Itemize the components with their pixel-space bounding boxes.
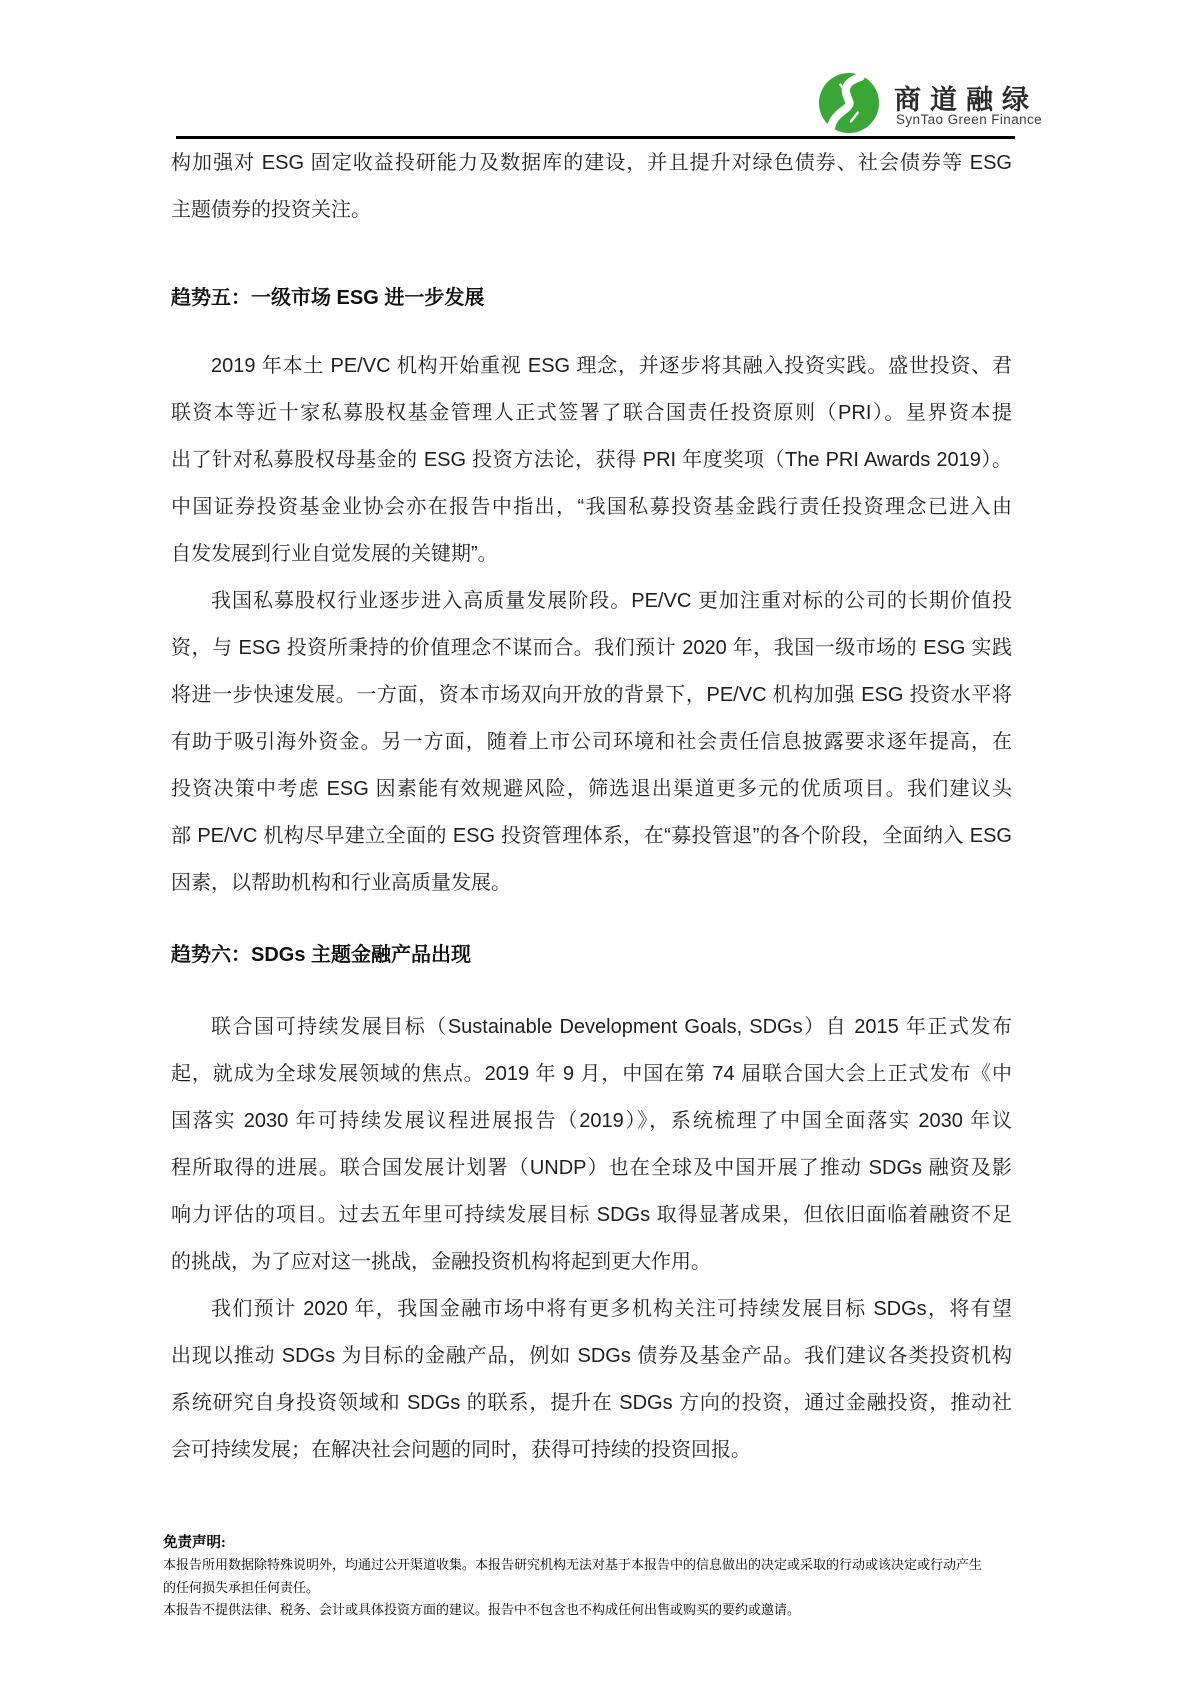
disclaimer-line: 的任何损失承担任何责任。: [163, 1577, 1023, 1600]
body-line: 部 PE/VC 机构尽早建立全面的 ESG 投资管理体系，在“募投管退”的各个阶…: [171, 813, 1012, 860]
body-line: 自发发展到行业自觉发展的关键期”。: [171, 531, 1012, 578]
paragraph: 构加强对 ESG 固定收益投研能力及数据库的建设，并且提升对绿色债券、社会债券等…: [171, 140, 1012, 234]
disclaimer-line: 本报告不提供法律、税务、会计或具体投资方面的建议。报告中不包含也不构成任何出售或…: [163, 1599, 1023, 1622]
body-line: 因素，以帮助机构和行业高质量发展。: [171, 860, 1012, 907]
disclaimer-title: 免责声明:: [163, 1532, 1023, 1554]
page: 商道融绿 SynTao Green Finance 构加强对 ESG 固定收益投…: [0, 0, 1190, 1683]
body-line: 出现以推动 SDGs 为目标的金融产品，例如 SDGs 债券及基金产品。我们建议…: [171, 1333, 1012, 1380]
body-line: 我国私募股权行业逐步进入高质量发展阶段。PE/VC 更加注重对标的公司的长期价值…: [171, 578, 1012, 625]
paragraph: 我们预计 2020 年，我国金融市场中将有更多机构关注可持续发展目标 SDGs，…: [171, 1286, 1012, 1474]
body-line: 联资本等近十家私募股权基金管理人正式签署了联合国责任投资原则（PRI）。星界资本…: [171, 390, 1012, 437]
section-heading: 趋势六：SDGs 主题金融产品出现: [171, 932, 1012, 979]
body-line: 起，就成为全球发展领域的焦点。2019 年 9 月，中国在第 74 届联合国大会…: [171, 1051, 1012, 1098]
body-line: 有助于吸引海外资金。另一方面，随着上市公司环境和社会责任信息披露要求逐年提高，在: [171, 719, 1012, 766]
body-line: 程所取得的进展。联合国发展计划署（UNDP）也在全球及中国开展了推动 SDGs …: [171, 1145, 1012, 1192]
section-heading-text: 趋势六：SDGs 主题金融产品出现: [171, 932, 1012, 979]
body-line: 投资决策中考虑 ESG 因素能有效规避风险，筛选退出渠道更多元的优质项目。我们建…: [171, 766, 1012, 813]
header-rule: [176, 136, 1015, 139]
section-heading-text: 趋势五：一级市场 ESG 进一步发展: [171, 275, 1012, 322]
disclaimer: 免责声明: 本报告所用数据除特殊说明外，均通过公开渠道收集。本报告研究机构无法对…: [163, 1532, 1023, 1622]
body-line: 我们预计 2020 年，我国金融市场中将有更多机构关注可持续发展目标 SDGs，…: [171, 1286, 1012, 1333]
body-line: 响力评估的项目。过去五年里可持续发展目标 SDGs 取得显著成果，但依旧面临着融…: [171, 1192, 1012, 1239]
body-line: 联合国可持续发展目标（Sustainable Development Goals…: [171, 1004, 1012, 1051]
body-line: 将进一步快速发展。一方面，资本市场双向开放的背景下，PE/VC 机构加强 ESG…: [171, 672, 1012, 719]
disclaimer-line: 本报告所用数据除特殊说明外，均通过公开渠道收集。本报告研究机构无法对基于本报告中…: [163, 1554, 1023, 1577]
paragraph: 2019 年本土 PE/VC 机构开始重视 ESG 理念，并逐步将其融入投资实践…: [171, 343, 1012, 578]
body-line: 中国证券投资基金业协会亦在报告中指出，“我国私募投资基金践行责任投资理念已进入由: [171, 484, 1012, 531]
body-line: 国落实 2030 年可持续发展议程进展报告（2019）》，系统梳理了中国全面落实…: [171, 1098, 1012, 1145]
body-line: 的挑战，为了应对这一挑战，金融投资机构将起到更大作用。: [171, 1239, 1012, 1286]
paragraph: 联合国可持续发展目标（Sustainable Development Goals…: [171, 1004, 1012, 1286]
paragraph: 我国私募股权行业逐步进入高质量发展阶段。PE/VC 更加注重对标的公司的长期价值…: [171, 578, 1012, 907]
body-line: 资，与 ESG 投资所秉持的价值理念不谋而合。我们预计 2020 年，我国一级市…: [171, 625, 1012, 672]
body-line: 出了针对私募股权母基金的 ESG 投资方法论，获得 PRI 年度奖项（The P…: [171, 437, 1012, 484]
body-line: 2019 年本土 PE/VC 机构开始重视 ESG 理念，并逐步将其融入投资实践…: [171, 343, 1012, 390]
body-line: 会可持续发展；在解决社会问题的同时，获得可持续的投资回报。: [171, 1427, 1012, 1474]
body-line: 系统研究自身投资领域和 SDGs 的联系，提升在 SDGs 方向的投资，通过金融…: [171, 1380, 1012, 1427]
body-line: 构加强对 ESG 固定收益投研能力及数据库的建设，并且提升对绿色债券、社会债券等…: [171, 140, 1012, 187]
body-line: 主题债券的投资关注。: [171, 187, 1012, 234]
syntao-logo-icon: [818, 72, 880, 134]
section-heading: 趋势五：一级市场 ESG 进一步发展: [171, 275, 1012, 322]
brand-name-en: SynTao Green Finance: [896, 112, 1042, 127]
